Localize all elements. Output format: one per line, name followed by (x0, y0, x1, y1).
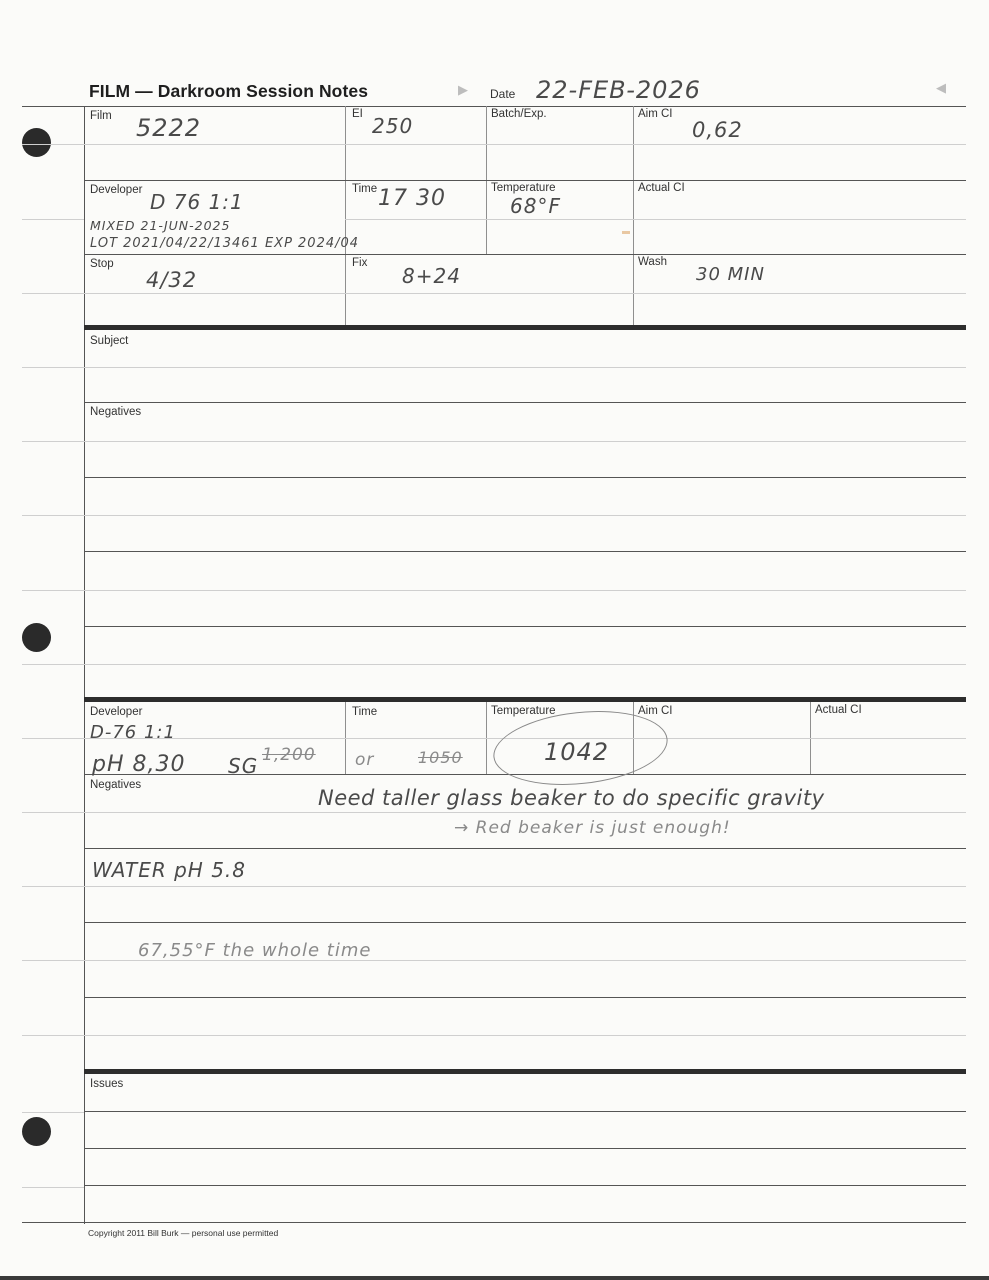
margin-rule (22, 738, 84, 739)
section-divider (84, 325, 966, 330)
date-label: Date (490, 87, 515, 101)
stop-label: Stop (90, 258, 114, 270)
margin-rule (22, 812, 84, 813)
row-rule (84, 367, 966, 368)
issues-label: Issues (90, 1078, 123, 1090)
left-margin-line (84, 106, 85, 1224)
section-divider (84, 1069, 966, 1074)
row-rule (84, 1111, 966, 1112)
row-rule (84, 664, 966, 665)
negatives2-label: Negatives (90, 779, 141, 791)
margin-rule (22, 367, 84, 368)
row-rule (84, 886, 966, 887)
aim-ci-label: Aim CI (638, 108, 673, 120)
row-rule (84, 960, 966, 961)
paper-stain (622, 231, 630, 234)
binder-hole-middle (22, 623, 51, 652)
row-rule (84, 477, 966, 478)
film-label: Film (90, 110, 112, 122)
header-rule (22, 106, 966, 107)
developer-label: Developer (90, 184, 142, 196)
developer2-label: Developer (90, 706, 142, 718)
water-ph-note: WATER pH 5.8 (92, 858, 246, 882)
temperature-note: 67,55°F the whole time (138, 940, 371, 961)
film-value[interactable]: 5222 (136, 114, 201, 142)
margin-rule (22, 1112, 84, 1113)
margin-rule (22, 664, 84, 665)
red-beaker-note: → Red beaker is just enough! (454, 818, 731, 838)
row-rule (84, 144, 966, 145)
beaker-note: Need taller glass beaker to do specific … (318, 786, 825, 810)
row-rule (84, 812, 966, 813)
temperature2-label: Temperature (491, 705, 556, 717)
row-rule (84, 626, 966, 627)
date-value: 22-FEB-2026 (536, 76, 701, 104)
ph-value[interactable]: pH 8,30 (92, 752, 186, 777)
time-label: Time (352, 183, 377, 195)
row-rule (84, 1148, 966, 1149)
developer2-value[interactable]: D-76 1:1 (90, 722, 176, 743)
actual-ci-label: Actual CI (638, 182, 685, 194)
row-rule (84, 1185, 966, 1186)
ei-label: EI (352, 108, 363, 120)
temperature-value[interactable]: 68°F (510, 194, 561, 218)
row-rule (84, 551, 966, 552)
developer-lot-note: LOT 2021/04/22/13461 EXP 2024/04 (90, 236, 359, 251)
margin-rule (22, 219, 84, 220)
actual-ci2-label: Actual CI (815, 704, 862, 716)
margin-rule (22, 960, 84, 961)
scan-edge (0, 1276, 989, 1280)
fix-value[interactable]: 8+24 (402, 264, 461, 288)
marker-right-icon: ◀ (936, 80, 946, 96)
margin-rule (22, 1035, 84, 1036)
row-rule (84, 590, 966, 591)
page-title: FILM — Darkroom Session Notes (89, 81, 368, 102)
row-rule (345, 219, 966, 220)
row-rule (22, 1222, 966, 1223)
binder-hole-bottom (22, 1117, 51, 1146)
batch-label: Batch/Exp. (491, 108, 547, 120)
aim-ci-value[interactable]: 0,62 (692, 118, 743, 142)
margin-rule (22, 515, 84, 516)
row-rule (84, 515, 966, 516)
developer-mixed-note: MIXED 21-JUN-2025 (90, 218, 230, 233)
developer-value[interactable]: D 76 1:1 (150, 190, 244, 214)
binder-hole-top (22, 128, 51, 157)
margin-rule (22, 590, 84, 591)
aim-ci2-label: Aim CI (638, 705, 673, 717)
row-rule (84, 180, 966, 181)
marker-left-icon: ▶ (458, 82, 468, 98)
ei-value[interactable]: 250 (372, 114, 413, 138)
sg-struck-value-1: 1,200 (262, 745, 316, 765)
negatives-label: Negatives (90, 406, 141, 418)
row-rule (84, 997, 966, 998)
time2-label: Time (352, 706, 377, 718)
row-rule (84, 254, 966, 255)
row-rule (84, 402, 966, 403)
wash-label: Wash (638, 256, 667, 268)
margin-rule (22, 886, 84, 887)
sg-label: SG (228, 754, 258, 778)
stop-value[interactable]: 4/32 (146, 268, 197, 292)
fix-label: Fix (352, 257, 367, 269)
row-rule (84, 1035, 966, 1036)
sg-struck-value-2: 1050 (418, 748, 463, 767)
row-rule (84, 922, 966, 923)
margin-rule (22, 1187, 84, 1188)
temperature-label: Temperature (491, 182, 556, 194)
row-rule (84, 293, 966, 294)
copyright-notice: Copyright 2011 Bill Burk — personal use … (88, 1228, 278, 1238)
sg-or: or (355, 750, 374, 770)
margin-rule (22, 293, 84, 294)
row-rule (84, 441, 966, 442)
sg-circled-value[interactable]: 1042 (544, 738, 609, 766)
subject-label: Subject (90, 335, 128, 347)
wash-value[interactable]: 30 MIN (696, 264, 765, 285)
margin-rule (22, 441, 84, 442)
row-rule (84, 848, 966, 849)
time-value[interactable]: 17 30 (378, 186, 446, 211)
margin-rule (22, 144, 84, 145)
section-divider (84, 697, 966, 702)
